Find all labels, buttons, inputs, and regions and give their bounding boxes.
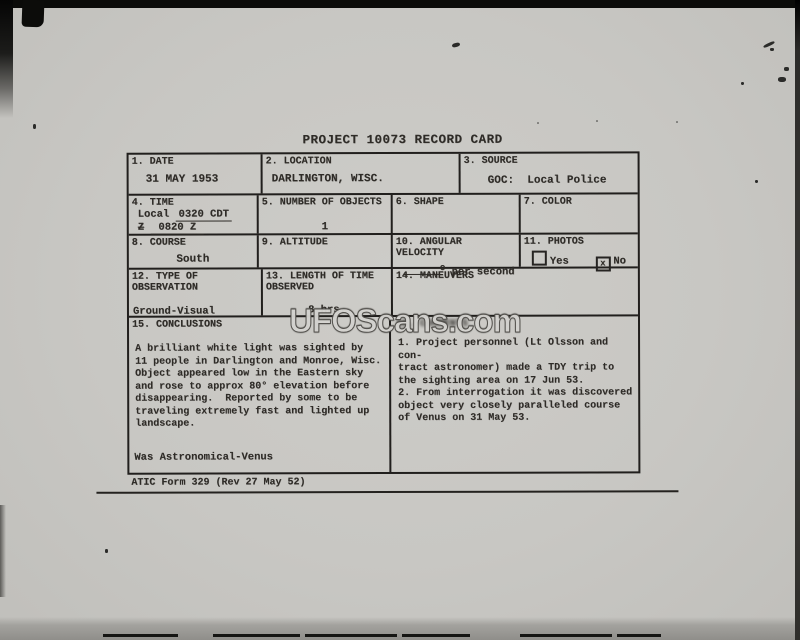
watermark-text: UFOScans.com (289, 302, 521, 340)
footer-rule-line (96, 490, 678, 494)
location-label: 2. LOCATION (266, 156, 456, 167)
field-course: 8. COURSE South (129, 235, 259, 267)
scanned-document-page: PROJECT 10073 RECORD CARD 1. DATE 31 MAY… (0, 0, 800, 640)
scan-speck (770, 48, 774, 51)
left-edge-lower-scan-shadow (0, 505, 6, 597)
course-value: South (132, 253, 254, 265)
type-of-observation-label: 12. TYPE OF OBSERVATION (132, 271, 258, 293)
scan-speck (676, 121, 678, 123)
photos-yes-checkbox (532, 251, 547, 266)
time-struck-char: Z (138, 222, 144, 234)
field-source: 3. SOURCE GOC: Local Police (461, 153, 638, 192)
field-time: 4. TIME Local 0320 CDT Z 0820 Z (129, 195, 259, 233)
scan-speck (105, 549, 108, 553)
field-shape: 6. SHAPE (393, 195, 521, 233)
bottom-scan-dash (305, 634, 397, 637)
top-edge-scan-bar (0, 0, 800, 8)
record-card-title: PROJECT 10073 RECORD CARD (303, 133, 503, 148)
field-altitude: 9. ALTITUDE (259, 235, 393, 267)
photos-yes-label: Yes (550, 256, 569, 268)
table-row: 1. DATE 31 MAY 1953 2. LOCATION DARLINGT… (129, 153, 638, 195)
angular-velocity-label: 10. ANGULAR VELOCITY (396, 237, 516, 259)
field-photos: 11. PHOTOS Yes xNo (521, 234, 638, 266)
time-local-prefix: Local (138, 209, 170, 221)
time-label: 4. TIME (132, 197, 254, 208)
field-type-of-observation: 12. TYPE OF OBSERVATION Ground-Visual (129, 269, 263, 315)
source-label: 3. SOURCE (464, 155, 635, 166)
field-location: 2. LOCATION DARLINGTON, WISC. (263, 154, 461, 194)
bottom-scan-dash (520, 634, 612, 637)
photos-label: 11. PHOTOS (524, 236, 635, 247)
date-value: 31 MAY 1953 (146, 173, 258, 185)
altitude-label: 9. ALTITUDE (262, 237, 388, 248)
bottom-scan-dash (402, 634, 470, 637)
shape-label: 6. SHAPE (396, 197, 516, 208)
table-row: 8. COURSE South 9. ALTITUDE 10. ANGULAR … (129, 234, 638, 269)
scan-speck (755, 180, 758, 183)
time-zulu-value: 0820 Z (150, 222, 204, 235)
table-row: 4. TIME Local 0320 CDT Z 0820 Z 5. NUMBE… (129, 194, 638, 235)
conclusions-verdict: Was Astronomical-Venus (134, 451, 273, 464)
length-of-time-observed-label: 13. LENGTH OF TIME OBSERVED (266, 271, 388, 293)
bottom-scan-dash (103, 634, 178, 637)
bottom-scan-dash (617, 634, 661, 637)
type-of-observation-value: Ground-Visual (133, 305, 258, 317)
scan-speck (537, 122, 539, 124)
field-color: 7. COLOR (521, 194, 638, 232)
field-conclusions: 15. CONCLUSIONS A brilliant white light … (129, 317, 391, 473)
color-label: 7. COLOR (524, 196, 635, 207)
scan-speck (784, 67, 789, 71)
field-date: 1. DATE 31 MAY 1953 (129, 154, 263, 193)
field-angular-velocity: 10. ANGULAR VELOCITY o per second (393, 235, 521, 267)
scan-speck (741, 82, 744, 85)
location-value: DARLINGTON, WISC. (272, 173, 456, 185)
time-local-value: 0320 CDT (176, 208, 232, 221)
conclusions-body: A brilliant white light was sighted by 1… (135, 343, 386, 431)
scan-speck (596, 120, 598, 122)
photos-no-label: No (613, 255, 626, 267)
top-left-scan-blob (22, 0, 45, 27)
number-of-objects-label: 5. NUMBER OF OBJECTS (262, 197, 388, 208)
date-label: 1. DATE (132, 156, 258, 167)
left-edge-scan-shadow (0, 0, 13, 118)
bottom-scan-dash (213, 634, 300, 637)
right-edge-scan-shadow (795, 0, 800, 640)
source-value: GOC: Local Police (488, 174, 635, 186)
form-footer-text: ATIC Form 329 (Rev 27 May 52) (131, 477, 305, 488)
course-label: 8. COURSE (132, 237, 254, 248)
maneuvers-label: 14. MANEUVERS (396, 270, 635, 282)
field-number-of-objects: 5. NUMBER OF OBJECTS 1 (259, 195, 393, 233)
comments-body: 1. Project personnel (Lt Olsson and con-… (398, 337, 636, 425)
scan-speck (778, 77, 786, 82)
number-of-objects-value: 1 (262, 221, 388, 233)
scan-speck (33, 124, 36, 129)
